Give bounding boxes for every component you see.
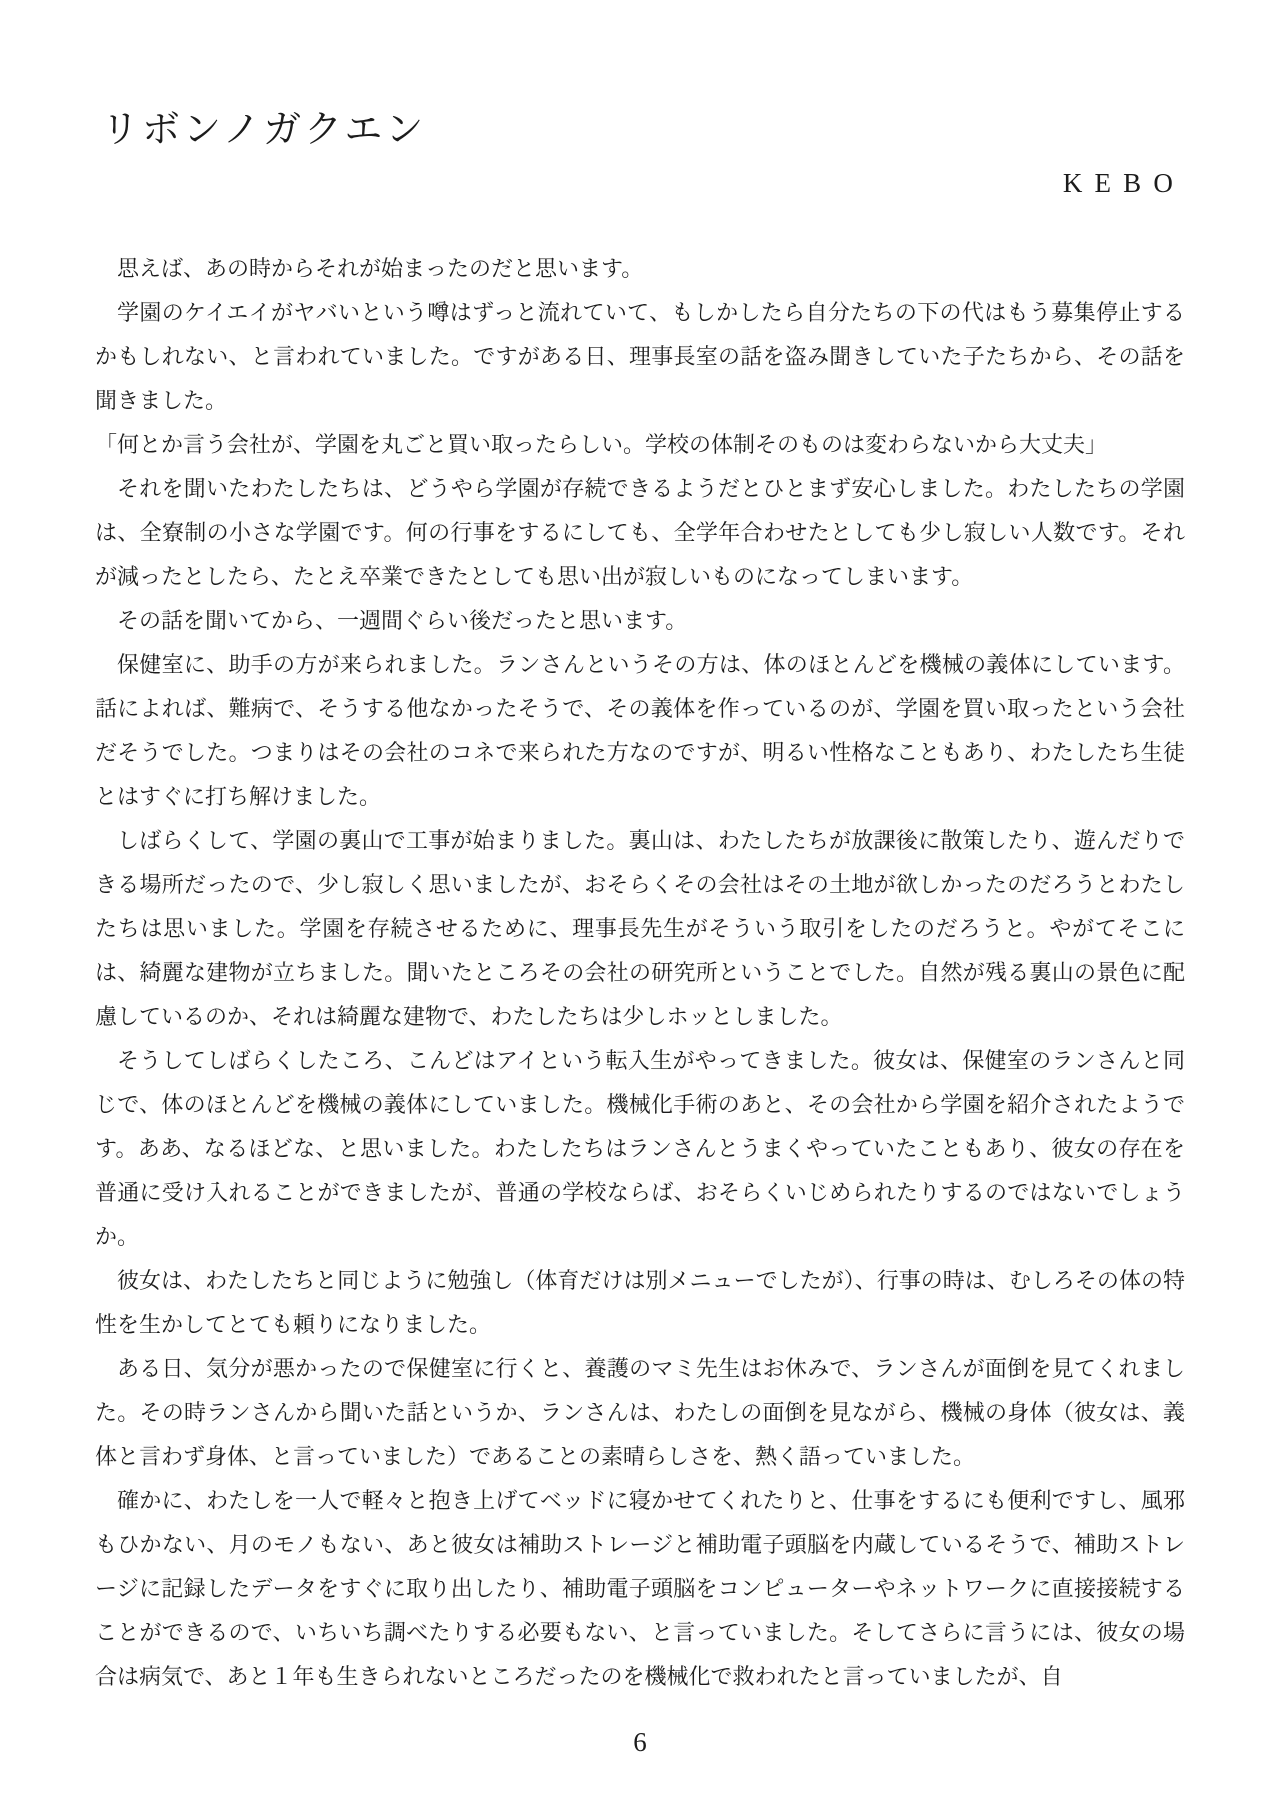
document-page: リボンノガクエン KEBO 思えば、あの時からそれが始まったのだと思います。 学… [0, 0, 1280, 1808]
author-name: KEBO [95, 166, 1185, 201]
paragraph: 確かに、わたしを一人で軽々と抱き上げてベッドに寝かせてくれたりと、仕事をするにも… [95, 1479, 1185, 1699]
paragraph: 彼女は、わたしたちと同じように勉強し（体育だけは別メニューでしたが）、行事の時は… [95, 1259, 1185, 1347]
page-title: リボンノガクエン [101, 108, 1185, 154]
paragraph: ある日、気分が悪かったので保健室に行くと、養護のマミ先生はお休みで、ランさんが面… [95, 1347, 1185, 1479]
paragraph: 思えば、あの時からそれが始まったのだと思います。 [95, 247, 1185, 291]
paragraph-quote: 「何とか言う会社が、学園を丸ごと買い取ったらしい。学校の体制そのものは変わらない… [95, 423, 1185, 467]
paragraph: その話を聞いてから、一週間ぐらい後だったと思います。 [95, 599, 1185, 643]
paragraph: 学園のケイエイがヤバいという噂はずっと流れていて、もしかしたら自分たちの下の代は… [95, 291, 1185, 423]
paragraph: 保健室に、助手の方が来られました。ランさんというその方は、体のほとんどを機械の義… [95, 643, 1185, 819]
body-text: 思えば、あの時からそれが始まったのだと思います。 学園のケイエイがヤバいという噂… [95, 247, 1185, 1699]
paragraph: そうしてしばらくしたころ、こんどはアイという転入生がやってきました。彼女は、保健… [95, 1039, 1185, 1259]
page-number: 6 [0, 1727, 1280, 1758]
paragraph: それを聞いたわたしたちは、どうやら学園が存続できるようだとひとまず安心しました。… [95, 467, 1185, 599]
paragraph: しばらくして、学園の裏山で工事が始まりました。裏山は、わたしたちが放課後に散策し… [95, 819, 1185, 1039]
